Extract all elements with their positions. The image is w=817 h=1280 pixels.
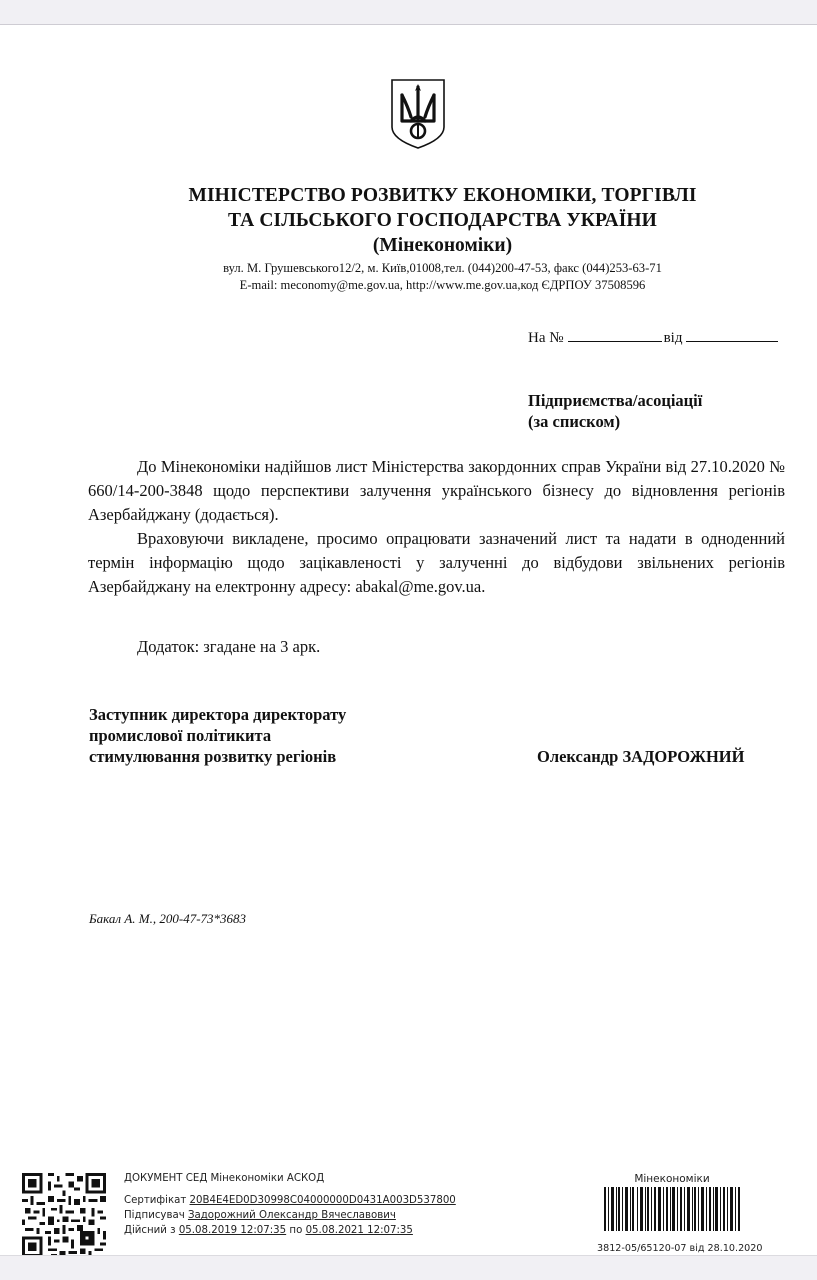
registration-barcode-block: Мінекономіки 3812-05/65120-07 від 28.10.… xyxy=(597,1173,747,1254)
letter-body: До Мінекономіки надійшов лист Міністерст… xyxy=(88,455,785,599)
barcode-icon xyxy=(604,1187,740,1231)
validity-row: Дійсний з 05.08.2019 12:07:35 по 05.08.2… xyxy=(124,1223,456,1238)
certificate-row: Сертифікат 20B4E4ED0D30998C04000000D0431… xyxy=(124,1193,456,1208)
viewer-bottom-bar xyxy=(0,1255,817,1280)
ministry-title-line1: МІНІСТЕРСТВО РОЗВИТКУ ЕКОНОМІКИ, ТОРГІВЛ… xyxy=(160,183,725,208)
e-signature-title: ДОКУМЕНТ СЕД Мінекономіки АСКОД xyxy=(124,1173,456,1184)
signatory-position: Заступник директора директорату промисло… xyxy=(89,704,346,767)
valid-from-label: Дійсний з xyxy=(124,1225,176,1236)
reference-date-blank xyxy=(686,327,778,342)
e-signature-stamp: ДОКУМЕНТ СЕД Мінекономіки АСКОД Сертифік… xyxy=(124,1173,456,1238)
executor-contact: Бакал А. М., 200-47-73*3683 xyxy=(89,911,246,927)
ministry-short-name: (Мінекономіки) xyxy=(160,233,725,258)
viewer-top-bar xyxy=(0,0,817,25)
ministry-header: МІНІСТЕРСТВО РОЗВИТКУ ЕКОНОМІКИ, ТОРГІВЛ… xyxy=(160,183,725,294)
barcode-org-label: Мінекономіки xyxy=(597,1173,747,1185)
body-paragraph: Враховуючи викладене, просимо опрацювати… xyxy=(88,527,785,599)
reference-date-label: від xyxy=(664,330,683,346)
reference-number-label: На № xyxy=(528,330,564,346)
ministry-address: вул. М. Грушевського12/2, м. Київ,01008,… xyxy=(160,260,725,277)
body-paragraph: До Мінекономіки надійшов лист Міністерст… xyxy=(88,455,785,527)
signer-row: Підписувач Задорожний Олександр Вячеслав… xyxy=(124,1208,456,1223)
signer-value: Задорожний Олександр Вячеславович xyxy=(188,1210,396,1221)
reference-number-blank xyxy=(568,327,662,342)
signatory-name: Олександр ЗАДОРОЖНИЙ xyxy=(537,746,744,767)
ministry-title-line2: ТА СІЛЬСЬКОГО ГОСПОДАРСТВА УКРАЇНИ xyxy=(160,208,725,233)
qr-code-icon xyxy=(22,1173,106,1257)
addressee-line2: (за списком) xyxy=(528,411,702,432)
signatory-position-line1: Заступник директора директорату xyxy=(89,704,346,725)
ministry-contacts: E-mail: meconomy@me.gov.ua, http://www.m… xyxy=(160,277,725,294)
reference-line: На №від xyxy=(528,327,778,347)
attachment-note: Додаток: згадане на 3 арк. xyxy=(137,636,320,658)
signatory-position-line3: стимулювання розвитку регіонів xyxy=(89,746,346,767)
addressee-line1: Підприємства/асоціації xyxy=(528,390,702,411)
trident-coat-of-arms-icon xyxy=(389,77,447,151)
signer-label: Підписувач xyxy=(124,1210,185,1221)
signatory-position-line2: промислової політикита xyxy=(89,725,346,746)
valid-to-label: по xyxy=(289,1225,302,1236)
document-page: МІНІСТЕРСТВО РОЗВИТКУ ЕКОНОМІКИ, ТОРГІВЛ… xyxy=(0,25,817,1255)
addressee: Підприємства/асоціації (за списком) xyxy=(528,390,702,432)
certificate-label: Сертифікат xyxy=(124,1195,186,1206)
registration-number: 3812-05/65120-07 від 28.10.2020 xyxy=(597,1243,747,1254)
valid-to-value: 05.08.2021 12:07:35 xyxy=(306,1225,413,1236)
valid-from-value: 05.08.2019 12:07:35 xyxy=(179,1225,286,1236)
certificate-value: 20B4E4ED0D30998C04000000D0431A003D537800 xyxy=(190,1195,456,1206)
